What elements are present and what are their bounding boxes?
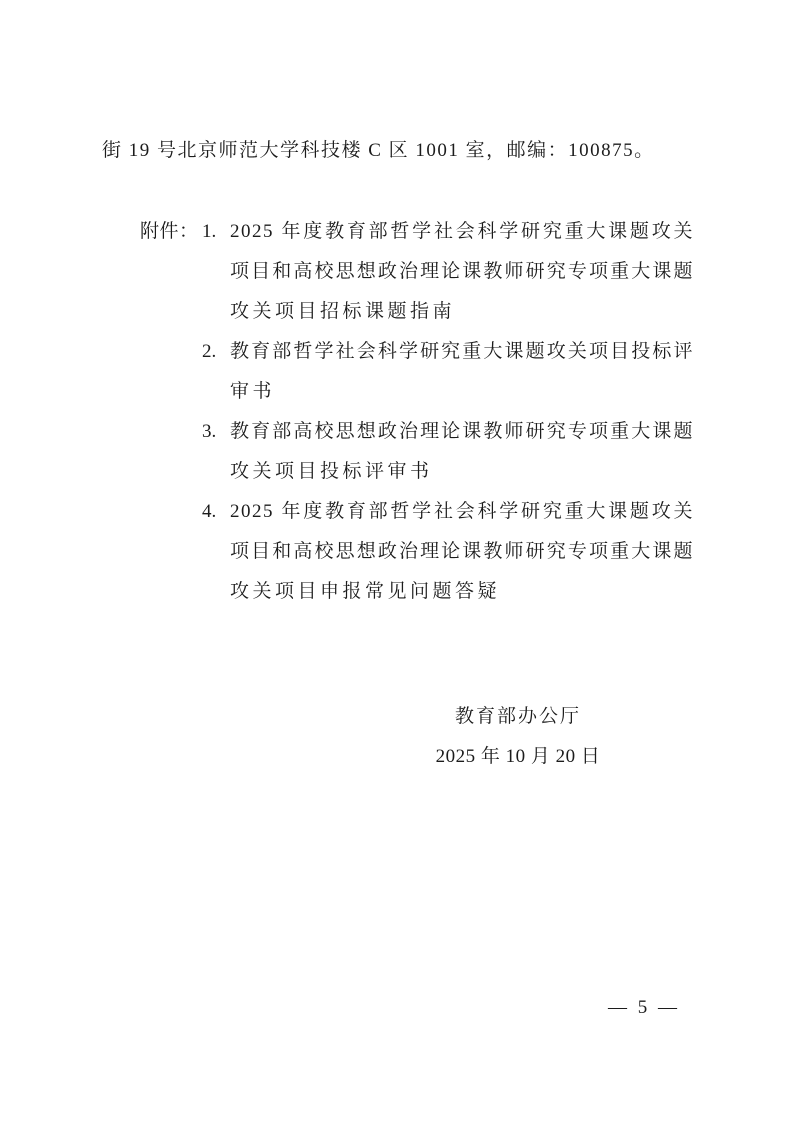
attachment-item-1-line-1: 2025 年度教育部哲学社会科学研究重大课题攻关 — [230, 212, 694, 252]
attachment-item-4-line-1: 2025 年度教育部哲学社会科学研究重大课题攻关 — [230, 492, 694, 532]
attachment-item-1-line-3: 攻关项目招标课题指南 — [230, 292, 694, 332]
paragraph-contact-address: 街 19 号北京师范大学科技楼 C 区 1001 室，邮编：100875。 — [102, 131, 655, 171]
attachment-item-2-line-2: 审书 — [230, 372, 694, 412]
attachment-item-4-line-2: 项目和高校思想政治理论课教师研究专项重大课题 — [230, 532, 694, 572]
attachment-item-4-line-3: 攻关项目申报常见问题答疑 — [230, 572, 694, 612]
attachment-item-1-line-2: 项目和高校思想政治理论课教师研究专项重大课题 — [230, 252, 694, 292]
attachment-item-3: 3. 教育部高校思想政治理论课教师研究专项重大课题 攻关项目投标评审书 — [230, 412, 694, 492]
attachment-item-1-number: 1. — [202, 212, 216, 252]
attachments-section: 附件： 1. 2025 年度教育部哲学社会科学研究重大课题攻关 项目和高校思想政… — [140, 212, 694, 612]
page-number: — 5 — — [608, 988, 680, 1028]
attachment-item-3-line-2: 攻关项目投标评审书 — [230, 452, 694, 492]
attachment-item-3-number: 3. — [202, 412, 216, 452]
attachment-item-2-line-1: 教育部哲学社会科学研究重大课题攻关项目投标评 — [230, 332, 694, 372]
document-page: 街 19 号北京师范大学科技楼 C 区 1001 室，邮编：100875。 附件… — [0, 0, 794, 1122]
attachment-item-4: 4. 2025 年度教育部哲学社会科学研究重大课题攻关 项目和高校思想政治理论课… — [230, 492, 694, 612]
attachment-item-2: 2. 教育部哲学社会科学研究重大课题攻关项目投标评 审书 — [230, 332, 694, 412]
attachment-item-2-number: 2. — [202, 332, 216, 372]
signature-issuer: 教育部办公厅 — [368, 697, 668, 737]
signature-block: 教育部办公厅 2025 年 10 月 20 日 — [368, 697, 668, 777]
attachment-item-3-line-1: 教育部高校思想政治理论课教师研究专项重大课题 — [230, 412, 694, 452]
attachments-label: 附件： — [140, 212, 199, 252]
attachment-item-4-number: 4. — [202, 492, 216, 532]
signature-date: 2025 年 10 月 20 日 — [368, 737, 668, 777]
attachment-item-1: 1. 2025 年度教育部哲学社会科学研究重大课题攻关 项目和高校思想政治理论课… — [230, 212, 694, 332]
attachments-list: 1. 2025 年度教育部哲学社会科学研究重大课题攻关 项目和高校思想政治理论课… — [230, 212, 694, 612]
